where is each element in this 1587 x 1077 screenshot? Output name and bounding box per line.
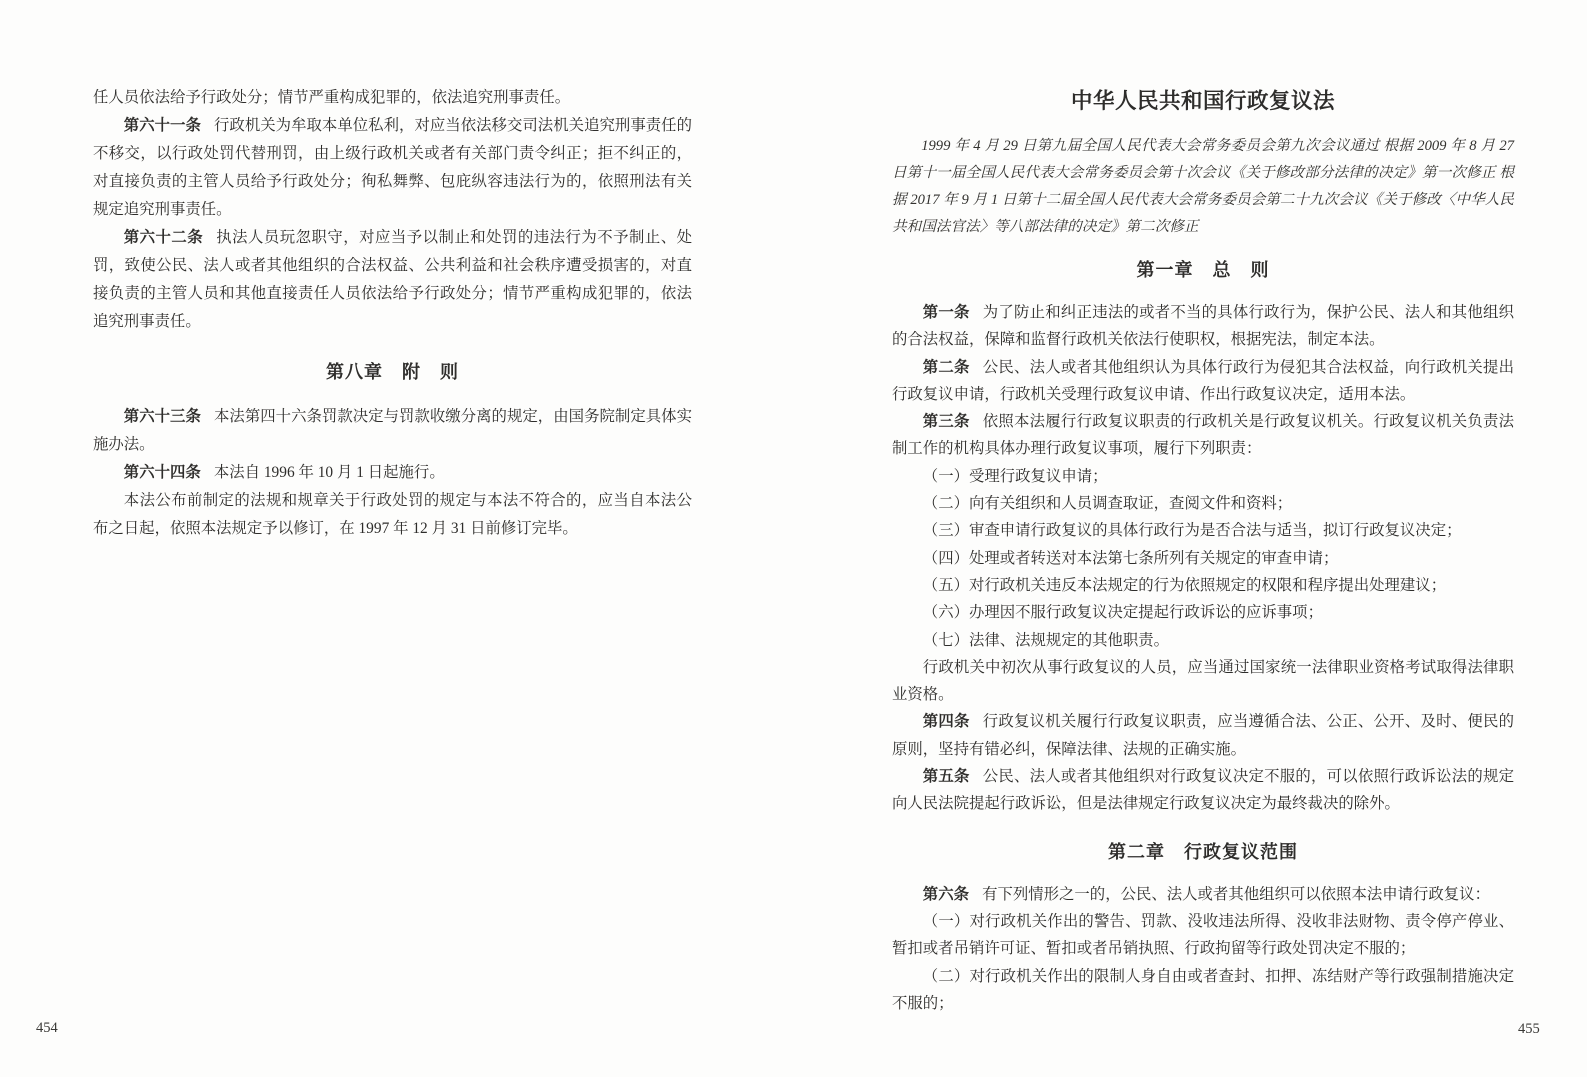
- article-number: 第六条: [923, 886, 969, 903]
- article-text: 公民、法人或者其他组织认为具体行政行为侵犯其合法权益，向行政机关提出行政复议申请…: [892, 359, 1514, 403]
- article-text: 行政机关中初次从事行政复议的人员，应当通过国家统一法律职业资格考试取得法律职业资…: [892, 659, 1514, 703]
- article-number: 第二条: [923, 359, 970, 376]
- article-text: 行政复议机关履行行政复议职责，应当遵循合法、公正、公开、及时、便民的原则，坚持有…: [892, 713, 1514, 757]
- article-text: （二）向有关组织和人员调查取证，查阅文件和资料；: [923, 495, 1292, 512]
- article-paragraph: 第六十一条行政机关为牟取本单位私利，对应当依法移交司法机关追究刑事责任的不移交，…: [93, 112, 692, 224]
- amendment-note: 1999 年 4 月 29 日第九届全国人民代表大会常务委员会第九次会议通过 根…: [892, 133, 1514, 241]
- article-paragraph: 行政机关中初次从事行政复议的人员，应当通过国家统一法律职业资格考试取得法律职业资…: [892, 654, 1514, 709]
- article-number: 第三条: [923, 413, 970, 430]
- article-paragraph: 任人员依法给予行政处分；情节严重构成犯罪的，依法追究刑事责任。: [93, 84, 692, 112]
- article-text: 有下列情形之一的，公民、法人或者其他组织可以依照本法申请行政复议：: [982, 886, 1490, 903]
- list-item: （一）受理行政复议申请；: [892, 463, 1514, 490]
- article-number: 第一条: [923, 304, 970, 321]
- article-text: （六）办理因不服行政复议决定提起行政诉讼的应诉事项；: [923, 604, 1323, 621]
- article-paragraph: 第六条有下列情形之一的，公民、法人或者其他组织可以依照本法申请行政复议：: [892, 881, 1514, 908]
- article-number: 第五条: [923, 768, 970, 785]
- article-paragraph: 第四条行政复议机关履行行政复议职责，应当遵循合法、公正、公开、及时、便民的原则，…: [892, 708, 1514, 763]
- article-paragraph: 第六十二条执法人员玩忽职守，对应当予以制止和处罚的违法行为不予制止、处罚，致使公…: [93, 224, 692, 336]
- list-item: （四）处理或者转送对本法第七条所列有关规定的审查申请；: [892, 545, 1514, 572]
- list-item: （五）对行政机关违反本法规定的行为依照规定的权限和程序提出处理建议；: [892, 572, 1514, 599]
- chapter-heading: 第二章 行政复议范围: [892, 838, 1514, 864]
- list-item: （三）审查申请行政复议的具体行政行为是否合法与适当，拟订行政复议决定；: [892, 517, 1514, 544]
- article-text: 依照本法履行行政复议职责的行政机关是行政复议机关。行政复议机关负责法制工作的机构…: [892, 413, 1514, 457]
- page-number: 455: [1518, 1021, 1540, 1038]
- article-text: （一）对行政机关作出的警告、罚款、没收违法所得、没收非法财物、责令停产停业、暂扣…: [892, 913, 1514, 957]
- article-text: 任人员依法给予行政处分；情节严重构成犯罪的，依法追究刑事责任。: [93, 89, 570, 106]
- article-text: 为了防止和纠正违法的或者不当的具体行政行为，保护公民、法人和其他组织的合法权益，…: [892, 304, 1514, 348]
- article-text: （七）法律、法规规定的其他职责。: [923, 632, 1169, 649]
- article-number: 第六十一条: [124, 117, 201, 134]
- article-text: （五）对行政机关违反本法规定的行为依照规定的权限和程序提出处理建议；: [923, 577, 1446, 594]
- article-text: （三）审查申请行政复议的具体行政行为是否合法与适当，拟订行政复议决定；: [923, 522, 1462, 539]
- article-paragraph: 第六十四条本法自 1996 年 10 月 1 日起施行。: [93, 459, 692, 487]
- article-text: （一）受理行政复议申请；: [923, 468, 1108, 485]
- chapter-heading: 第八章 附 则: [93, 358, 692, 384]
- article-number: 第四条: [923, 713, 970, 730]
- article-paragraph: 第二条公民、法人或者其他组织认为具体行政行为侵犯其合法权益，向行政机关提出行政复…: [892, 354, 1514, 409]
- article-paragraph: 第三条依照本法履行行政复议职责的行政机关是行政复议机关。行政复议机关负责法制工作…: [892, 408, 1514, 463]
- article-number: 第六十三条: [124, 408, 201, 425]
- page-left: 任人员依法给予行政处分；情节严重构成犯罪的，依法追究刑事责任。 第六十一条行政机…: [93, 84, 692, 543]
- article-paragraph: 第五条公民、法人或者其他组织对行政复议决定不服的，可以依照行政诉讼法的规定向人民…: [892, 763, 1514, 818]
- article-text: 本法自 1996 年 10 月 1 日起施行。: [214, 464, 445, 481]
- page-right: 中华人民共和国行政复议法 1999 年 4 月 29 日第九届全国人民代表大会常…: [892, 84, 1514, 1017]
- list-item: （一）对行政机关作出的警告、罚款、没收违法所得、没收非法财物、责令停产停业、暂扣…: [892, 908, 1514, 963]
- law-title: 中华人民共和国行政复议法: [892, 84, 1514, 115]
- article-number: 第六十四条: [124, 464, 201, 481]
- article-paragraph: 第六十三条本法第四十六条罚款决定与罚款收缴分离的规定，由国务院制定具体实施办法。: [93, 403, 692, 459]
- list-item: （二）向有关组织和人员调查取证，查阅文件和资料；: [892, 490, 1514, 517]
- article-number: 第六十二条: [124, 229, 203, 246]
- article-text: 本法公布前制定的法规和规章关于行政处罚的规定与本法不符合的，应当自本法公布之日起…: [93, 492, 692, 537]
- chapter-heading: 第一章 总 则: [892, 256, 1514, 282]
- list-item: （六）办理因不服行政复议决定提起行政诉讼的应诉事项；: [892, 599, 1514, 626]
- article-text: （二）对行政机关作出的限制人身自由或者查封、扣押、冻结财产等行政强制措施决定不服…: [892, 968, 1514, 1012]
- article-paragraph: 本法公布前制定的法规和规章关于行政处罚的规定与本法不符合的，应当自本法公布之日起…: [93, 487, 692, 543]
- article-text: 公民、法人或者其他组织对行政复议决定不服的，可以依照行政诉讼法的规定向人民法院提…: [892, 768, 1514, 812]
- page-number: 454: [36, 1020, 58, 1037]
- article-text: （四）处理或者转送对本法第七条所列有关规定的审查申请；: [923, 550, 1339, 567]
- list-item: （七）法律、法规规定的其他职责。: [892, 627, 1514, 654]
- list-item: （二）对行政机关作出的限制人身自由或者查封、扣押、冻结财产等行政强制措施决定不服…: [892, 963, 1514, 1018]
- article-paragraph: 第一条为了防止和纠正违法的或者不当的具体行政行为，保护公民、法人和其他组织的合法…: [892, 299, 1514, 354]
